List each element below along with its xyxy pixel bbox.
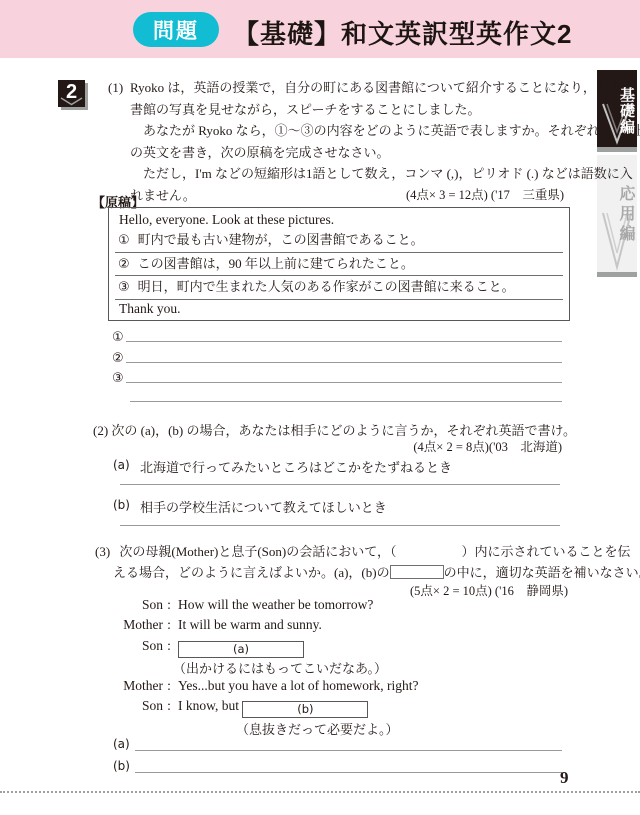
speaker: Son bbox=[118, 638, 163, 654]
q2-item-a-text: 北海道で行ってみたいところはどこかをたずねるとき bbox=[140, 457, 452, 476]
tab-advanced-shadow bbox=[597, 272, 637, 277]
colon: : bbox=[163, 617, 175, 633]
manuscript-opening: Hello, everyone. Look at these pictures. bbox=[109, 210, 569, 229]
manuscript-item-text: 明日，町内で生まれた人気のある作家がこの図書館に来ること。 bbox=[138, 279, 515, 294]
answer-box-b: (b) bbox=[242, 701, 368, 718]
blank-box bbox=[390, 565, 444, 579]
dialogue-text: (a) bbox=[175, 638, 304, 658]
manuscript-item-text: 町内で最も古い建物が，この図書館であること。 bbox=[138, 232, 424, 247]
q1-line: 書館の写真を見せながら，スピーチをすることにしました。 bbox=[108, 99, 570, 121]
speaker: Son bbox=[118, 698, 163, 714]
question-3-prompt-line2: える場合，どのように言えばよいか。(a)，(b)のの中に，適切な英語を補いなさい… bbox=[113, 563, 640, 583]
dialogue-row: （息抜きだって必要だよ。） bbox=[118, 719, 518, 739]
q2-marker: (2) bbox=[93, 421, 108, 441]
manuscript-closing: Thank you. bbox=[109, 300, 569, 317]
dialogue-prefix: I know, but bbox=[178, 698, 239, 713]
manuscript-item: ②この図書館は，90 年以上前に建てられたこと。 bbox=[115, 253, 563, 277]
dialogue-text: It will be warm and sunny. bbox=[175, 617, 322, 633]
q1-line: の英文を書き，次の原稿を完成させなさい。 bbox=[108, 142, 570, 164]
circled-number: ② bbox=[118, 257, 130, 272]
answer-number-1: ① bbox=[112, 330, 124, 345]
q2-answer-line-b bbox=[120, 525, 560, 526]
page-title: 【基礎】和文英訳型英作文2 bbox=[233, 14, 572, 51]
q3-answer-a-label: (a) bbox=[113, 737, 130, 751]
manuscript-box: Hello, everyone. Look at these pictures.… bbox=[108, 207, 570, 321]
page-header: 問題 【基礎】和文英訳型英作文2 bbox=[0, 0, 640, 58]
dialogue-row: （出かけるにはもってこいだなあ。） bbox=[118, 658, 518, 678]
page-number: 9 bbox=[560, 768, 569, 788]
q2-answer-line-a bbox=[120, 484, 560, 485]
circled-number: ① bbox=[118, 233, 130, 248]
q1-marker: (1) bbox=[108, 77, 123, 99]
colon: : bbox=[163, 638, 175, 654]
circled-number: ③ bbox=[118, 280, 130, 295]
dialogue-note: （出かけるにはもってこいだなあ。） bbox=[118, 658, 387, 677]
tab-basic-shadow bbox=[597, 147, 637, 152]
colon: : bbox=[163, 678, 175, 694]
tab-basic-hen: 基礎編 bbox=[597, 70, 637, 147]
manuscript-item: ③明日，町内で生まれた人気のある作家がこの図書館に来ること。 bbox=[115, 276, 563, 300]
dialogue-row: Son : I know, but (b) bbox=[118, 698, 518, 718]
dialogue-text: Yes...but you have a lot of homework, ri… bbox=[175, 678, 418, 694]
q2-points: (4点× 2 = 8点)('03 北海道) bbox=[300, 437, 562, 455]
answer-line-3 bbox=[126, 382, 562, 383]
q3-answer-line-b bbox=[135, 772, 562, 773]
answer-number-2: ② bbox=[112, 351, 124, 366]
q3-prompt-text-2a: える場合，どのように言えばよいか。(a)，(b)の bbox=[113, 565, 390, 580]
question-1-text: (1) Ryoko は，英語の授業で，自分の町にある図書館について紹介することに… bbox=[108, 77, 570, 206]
q1-line: あなたが Ryoko なら，①～③の内容をどのように英語で表しますか。それぞれ5… bbox=[108, 120, 570, 142]
answer-line-2 bbox=[126, 362, 562, 363]
speaker: Son bbox=[118, 597, 163, 613]
q3-answer-b-label: (b) bbox=[113, 759, 130, 773]
q3-marker: (3) bbox=[95, 542, 110, 562]
question-number-badge: 2 bbox=[58, 80, 85, 107]
q1-points: (4点× 3 = 12点) ('17 三重県) bbox=[406, 185, 570, 207]
q2-item-b-text: 相手の学校生活について教えてほしいとき bbox=[140, 497, 387, 516]
dialogue-text: I know, but (b) bbox=[175, 698, 368, 718]
tab-basic-label: 基礎編 bbox=[597, 75, 637, 147]
answer-line-extra bbox=[130, 401, 562, 402]
q3-answer-line-a bbox=[135, 750, 562, 751]
manuscript-item-text: この図書館は，90 年以上前に建てられたこと。 bbox=[138, 256, 414, 271]
answer-line-1 bbox=[126, 341, 562, 342]
answer-number-3: ③ bbox=[112, 371, 124, 386]
dialogue-row: Mother : It will be warm and sunny. bbox=[118, 617, 518, 637]
tab-advanced-hen: 応用編 bbox=[597, 155, 637, 272]
q3-prompt-text-2b: の中に，適切な英語を補いなさい。 bbox=[444, 565, 640, 580]
speaker: Mother bbox=[118, 617, 163, 633]
speaker: Mother bbox=[118, 678, 163, 694]
answer-box-a: (a) bbox=[178, 641, 304, 658]
question-3-prompt-line1: (3) 次の母親(Mother)と息子(Son)の会話において，（ ）内に示され… bbox=[95, 542, 630, 562]
dialogue-row: Son : How will the weather be tomorrow? bbox=[118, 597, 518, 617]
dialogue-text: How will the weather be tomorrow? bbox=[175, 597, 373, 613]
q2-item-b-label: (b) bbox=[113, 498, 130, 512]
q2-item-a-label: (a) bbox=[113, 458, 130, 472]
colon: : bbox=[163, 597, 175, 613]
dialogue-note: （息抜きだって必要だよ。） bbox=[118, 719, 399, 738]
dialogue-row: Son : (a) bbox=[118, 638, 518, 658]
q1-line: ただし，I'm などの短縮形は1語として数え，コンマ (,)，ピリオド (.) … bbox=[108, 163, 570, 185]
q3-dialogue: Son : How will the weather be tomorrow? … bbox=[118, 597, 518, 739]
dialogue-row: Mother : Yes...but you have a lot of hom… bbox=[118, 678, 518, 698]
q2-prompt-text: 次の (a)，(b) の場合，あなたは相手にどのように言うか，それぞれ英語で書け… bbox=[111, 423, 576, 438]
perforation-dotted-line bbox=[0, 791, 640, 793]
q1-line: Ryoko は，英語の授業で，自分の町にある図書館について紹介することになり，そ… bbox=[108, 77, 570, 99]
colon: : bbox=[163, 698, 175, 714]
tab-advanced-label: 応用編 bbox=[597, 165, 637, 265]
q3-prompt-text-1: 次の母親(Mother)と息子(Son)の会話において，（ ）内に示されているこ… bbox=[119, 544, 630, 559]
manuscript-item: ①町内で最も古い建物が，この図書館であること。 bbox=[115, 229, 563, 253]
chevron-down-icon bbox=[60, 97, 83, 106]
problem-badge: 問題 bbox=[133, 12, 219, 47]
